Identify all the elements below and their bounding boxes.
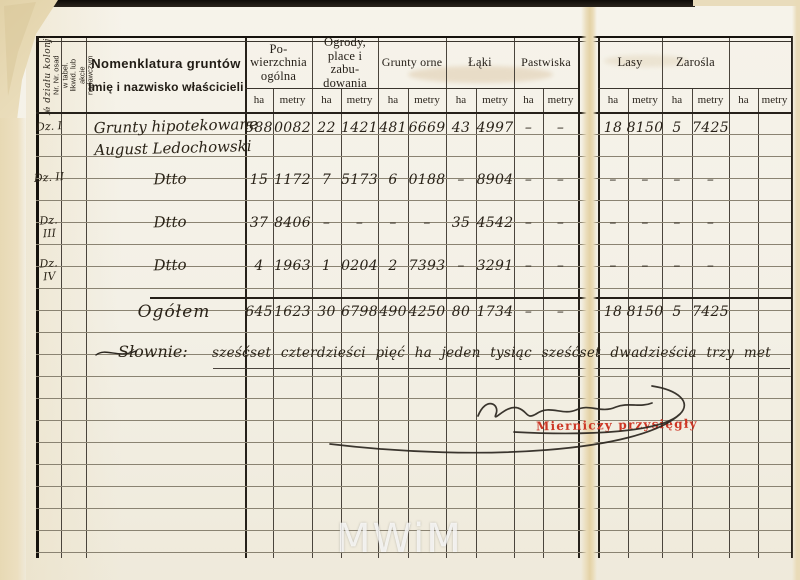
cell: – xyxy=(408,209,446,237)
unit-label-metry: metry xyxy=(758,88,791,112)
total-row: Ogółem 645 1623 30 6798 490 4250 80 1734… xyxy=(0,296,800,328)
table-row: 15 1172 7 5173 6 0188 – 8904 – – – – – – xyxy=(0,166,800,194)
cell: – xyxy=(662,209,692,237)
group-header-powierzchnia: Po- wierzchnia ogólna xyxy=(245,40,312,86)
unit-label-metry: metry xyxy=(628,88,662,112)
cell xyxy=(729,166,758,194)
cell: – xyxy=(543,166,578,194)
unit-label-ha: ha xyxy=(662,88,692,112)
cell: 0204 xyxy=(341,252,378,280)
cell: 18 xyxy=(598,296,628,328)
unit-label-metry: metry xyxy=(476,88,514,112)
cell: 1623 xyxy=(273,296,312,328)
cell: 490 xyxy=(378,296,408,328)
cell: 2 xyxy=(378,252,408,280)
cell: 5 xyxy=(662,296,692,328)
cell: 22 xyxy=(312,114,341,142)
cell: 6798 xyxy=(341,296,378,328)
cell: – xyxy=(514,166,543,194)
cell: 588 xyxy=(245,114,273,142)
slownie-text: sześćset czterdzieści pięć ha jeden tysi… xyxy=(212,345,796,361)
total-label: Ogółem xyxy=(126,296,222,328)
cell xyxy=(729,296,758,328)
cell: – xyxy=(543,209,578,237)
column-header-nomenklatura: Nomenklatura gruntów Imię i nazwisko wła… xyxy=(87,38,245,112)
unit-label-metry: metry xyxy=(273,88,312,112)
cell: 7425 xyxy=(692,296,729,328)
cell: – xyxy=(598,166,628,194)
cell: – xyxy=(662,252,692,280)
group-header-zarosla: Zarośla xyxy=(662,40,729,86)
cell: 6669 xyxy=(408,114,446,142)
cell: 4250 xyxy=(408,296,446,328)
cell: 6 xyxy=(378,166,408,194)
cell: 35 xyxy=(446,209,476,237)
group-header-extra xyxy=(729,40,791,86)
group-header-laki: Łąki xyxy=(446,40,514,86)
cell xyxy=(729,209,758,237)
unit-label-ha: ha xyxy=(245,88,273,112)
cell: – xyxy=(598,209,628,237)
cell: 7425 xyxy=(692,114,729,142)
table-row: 4 1963 1 0204 2 7393 – 3291 – – – – – – xyxy=(0,252,800,280)
cell: – xyxy=(446,166,476,194)
cell: 80 xyxy=(446,296,476,328)
cell: – xyxy=(628,209,662,237)
cell: 37 xyxy=(245,209,273,237)
cell: – xyxy=(514,252,543,280)
cell: 5173 xyxy=(341,166,378,194)
header-nomenklatura-line2: Imię i nazwisko właścicieli xyxy=(87,80,245,94)
unit-label-ha: ha xyxy=(514,88,543,112)
cell xyxy=(758,166,791,194)
cell: 0188 xyxy=(408,166,446,194)
pen-flourish xyxy=(94,346,138,362)
cell: 481 xyxy=(378,114,408,142)
cell xyxy=(758,114,791,142)
group-header-lasy: Lasy xyxy=(598,40,662,86)
cell: 3291 xyxy=(476,252,514,280)
group-header-ogrody: Ogrody, place i zabu- dowania xyxy=(312,40,378,86)
table-row: 37 8406 – – – – 35 4542 – – – – – – xyxy=(0,209,800,237)
unit-label-metry: metry xyxy=(408,88,446,112)
cell: 7393 xyxy=(408,252,446,280)
unit-label-metry: metry xyxy=(543,88,578,112)
cell: – xyxy=(692,252,729,280)
cell: – xyxy=(543,252,578,280)
cell: – xyxy=(514,114,543,142)
cell: – xyxy=(628,166,662,194)
group-header-grunty-orne: Grunty orne xyxy=(378,40,446,86)
cell: 1 xyxy=(312,252,341,280)
cell: 1734 xyxy=(476,296,514,328)
document-scan: № działu kolonji Nr. Nr. osad w tabel. l… xyxy=(0,0,800,580)
cell: – xyxy=(514,209,543,237)
unit-label-ha: ha xyxy=(312,88,341,112)
cell: 5 xyxy=(662,114,692,142)
header-nomenklatura-line1: Nomenklatura gruntów xyxy=(87,56,245,71)
cell: 7 xyxy=(312,166,341,194)
unit-label-ha: ha xyxy=(598,88,628,112)
cell: – xyxy=(692,209,729,237)
group-header-pastwiska: Pastwiska xyxy=(514,40,578,86)
cell: 645 xyxy=(245,296,273,328)
table-row: 588 0082 22 1421 481 6669 43 4997 – – 18… xyxy=(0,114,800,142)
cell xyxy=(729,252,758,280)
table-content: № działu kolonji Nr. Nr. osad w tabel. l… xyxy=(0,0,800,580)
cell: 1963 xyxy=(273,252,312,280)
unit-label-ha: ha xyxy=(729,88,758,112)
cell: – xyxy=(692,166,729,194)
unit-label-metry: metry xyxy=(692,88,729,112)
cell: – xyxy=(446,252,476,280)
cell: 43 xyxy=(446,114,476,142)
cell xyxy=(758,252,791,280)
cell xyxy=(729,114,758,142)
cell xyxy=(758,209,791,237)
cell: 8150 xyxy=(628,296,662,328)
unit-label-metry: metry xyxy=(341,88,378,112)
cell: – xyxy=(543,114,578,142)
column-header-osad: Nr. Nr. osad w tabel. likwid. lub akcie … xyxy=(61,38,86,112)
cell: – xyxy=(543,296,578,328)
cell: 30 xyxy=(312,296,341,328)
cell: – xyxy=(598,252,628,280)
cell: 4997 xyxy=(476,114,514,142)
cell: – xyxy=(628,252,662,280)
surveyor-signature xyxy=(300,374,700,474)
cell: – xyxy=(341,209,378,237)
cell: – xyxy=(662,166,692,194)
cell: 8904 xyxy=(476,166,514,194)
unit-label-ha: ha xyxy=(378,88,408,112)
cell: – xyxy=(312,209,341,237)
watermark: MWiM xyxy=(336,516,463,562)
cell: 1421 xyxy=(341,114,378,142)
cell: 1172 xyxy=(273,166,312,194)
cell: – xyxy=(378,209,408,237)
cell: 8150 xyxy=(628,114,662,142)
cell: 4542 xyxy=(476,209,514,237)
cell: 18 xyxy=(598,114,628,142)
cell: 15 xyxy=(245,166,273,194)
cell: 8406 xyxy=(273,209,312,237)
cell: 0082 xyxy=(273,114,312,142)
cell: – xyxy=(514,296,543,328)
cell xyxy=(758,296,791,328)
unit-label-ha: ha xyxy=(446,88,476,112)
cell: 4 xyxy=(245,252,273,280)
